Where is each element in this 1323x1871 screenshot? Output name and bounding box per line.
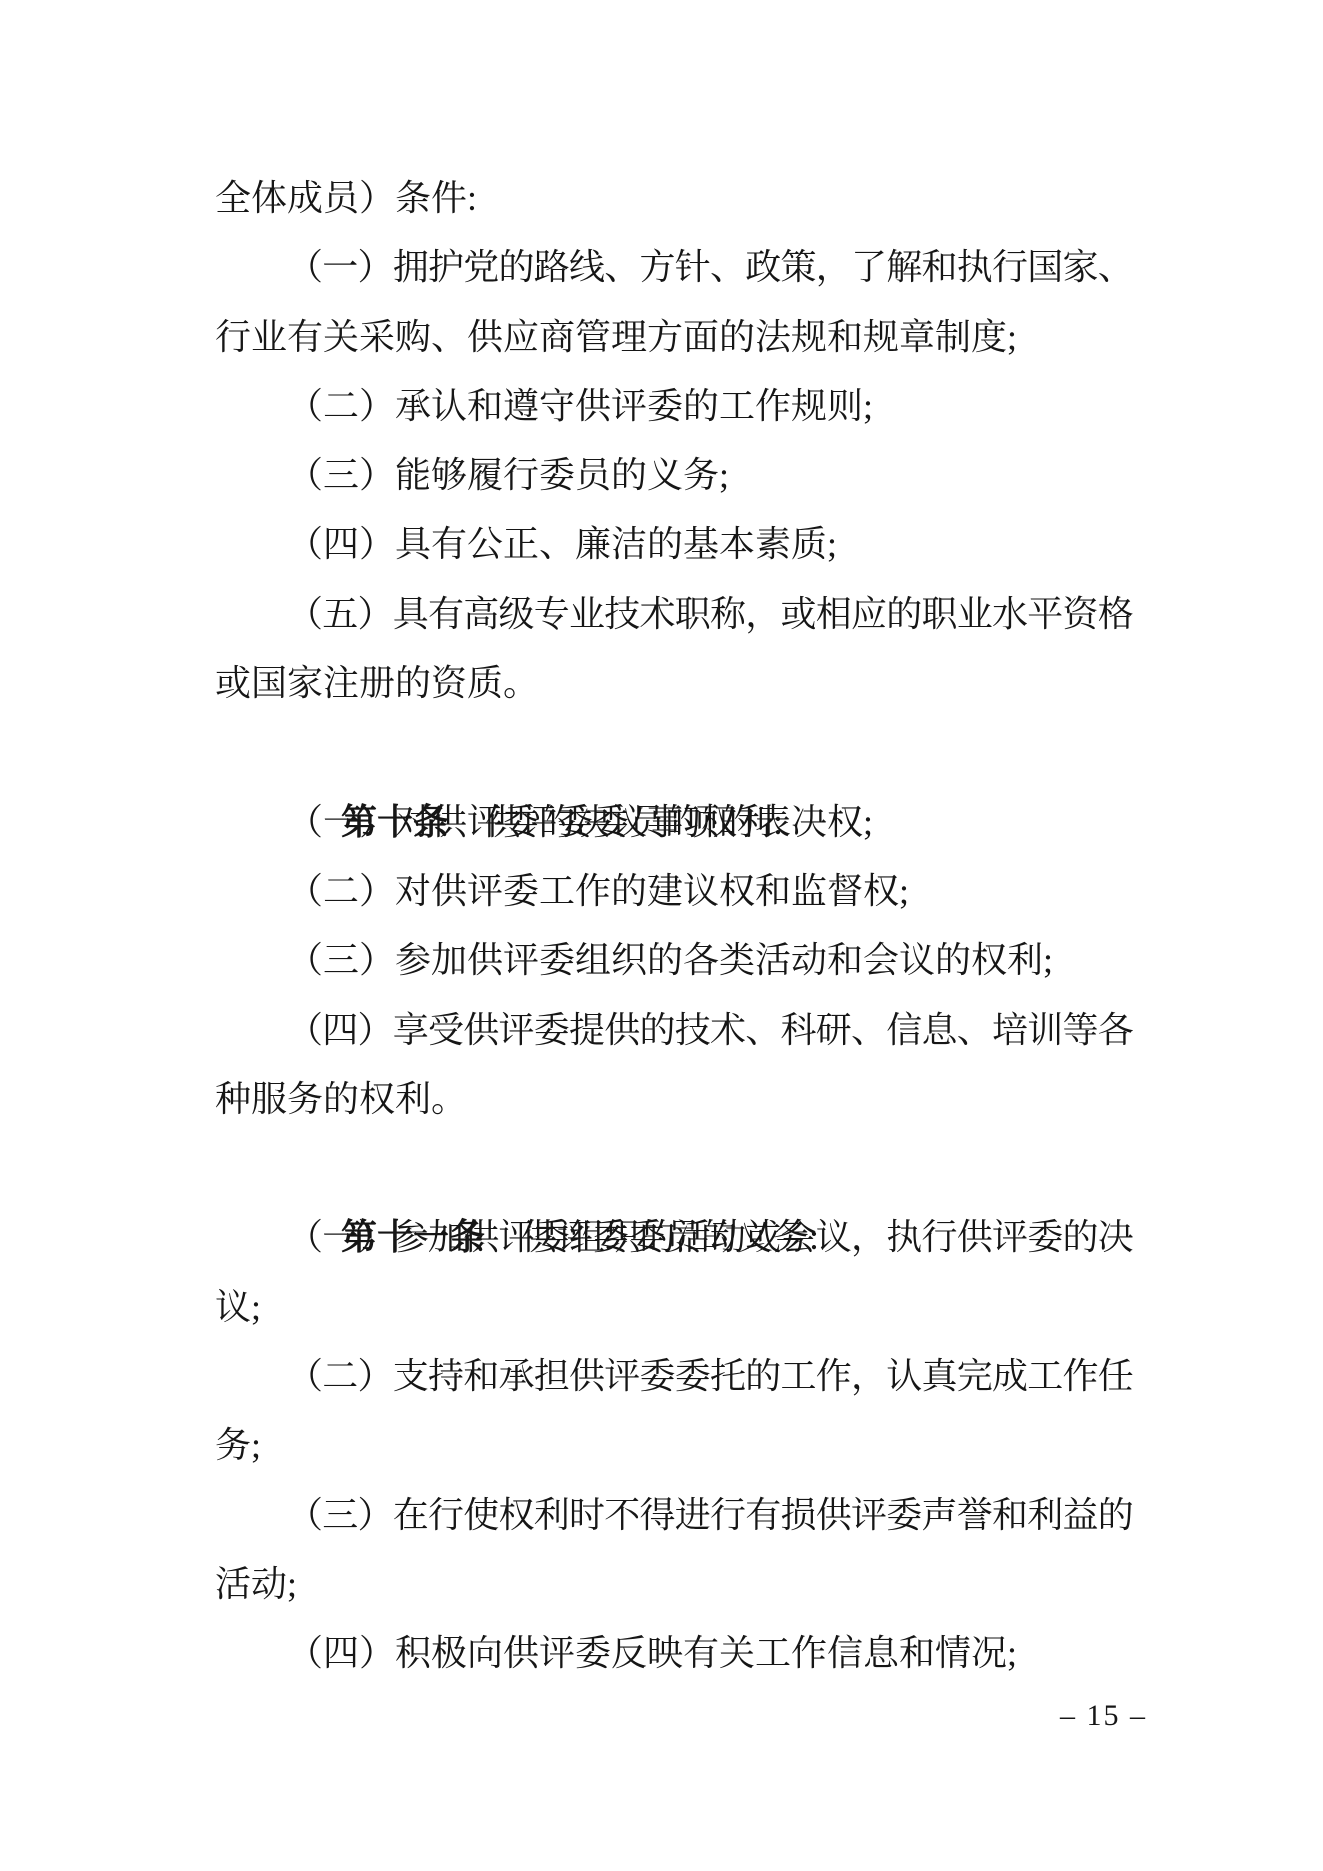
- document-line: （三）参加供评委组织的各类活动和会议的权利;: [215, 926, 1133, 995]
- document-line: （五）具有高级专业技术职称，或相应的职业水平资格: [215, 580, 1133, 649]
- article-heading: 第十条供评委委员的权利:: [215, 718, 1133, 787]
- document-body: 全体成员）条件: （一）拥护党的路线、方针、政策，了解和执行国家、 行业有关采购…: [215, 164, 1133, 1689]
- document-line: 议;: [215, 1273, 1133, 1342]
- document-line: 务;: [215, 1411, 1133, 1480]
- document-line: 活动;: [215, 1550, 1133, 1619]
- document-line: （四）具有公正、廉洁的基本素质;: [215, 510, 1133, 579]
- document-line: （四）积极向供评委反映有关工作信息和情况;: [215, 1619, 1133, 1688]
- document-line: （二）对供评委工作的建议权和监督权;: [215, 857, 1133, 926]
- document-line: （二）承认和遵守供评委的工作规则;: [215, 372, 1133, 441]
- page-number: – 15 –: [1060, 1692, 1147, 1740]
- document-line: （二）支持和承担供评委委托的工作，认真完成工作任: [215, 1342, 1133, 1411]
- document-line: （一）拥护党的路线、方针、政策，了解和执行国家、: [215, 233, 1133, 302]
- document-line: （四）享受供评委提供的技术、科研、信息、培训等各: [215, 996, 1133, 1065]
- document-line: 种服务的权利。: [215, 1065, 1133, 1134]
- document-line: （三）在行使权利时不得进行有损供评委声誉和利益的: [215, 1481, 1133, 1550]
- document-line: （一）参加供评委组织的活动或会议，执行供评委的决: [215, 1203, 1133, 1272]
- document-line: （一）对供评委的决议事项的表决权;: [215, 788, 1133, 857]
- document-page: 全体成员）条件: （一）拥护党的路线、方针、政策，了解和执行国家、 行业有关采购…: [0, 0, 1323, 1871]
- document-line: 或国家注册的资质。: [215, 649, 1133, 718]
- document-line: 全体成员）条件:: [215, 164, 1133, 233]
- article-heading: 第十一条供评委委员的义务:: [215, 1134, 1133, 1203]
- document-line: 行业有关采购、供应商管理方面的法规和规章制度;: [215, 303, 1133, 372]
- document-line: （三）能够履行委员的义务;: [215, 441, 1133, 510]
